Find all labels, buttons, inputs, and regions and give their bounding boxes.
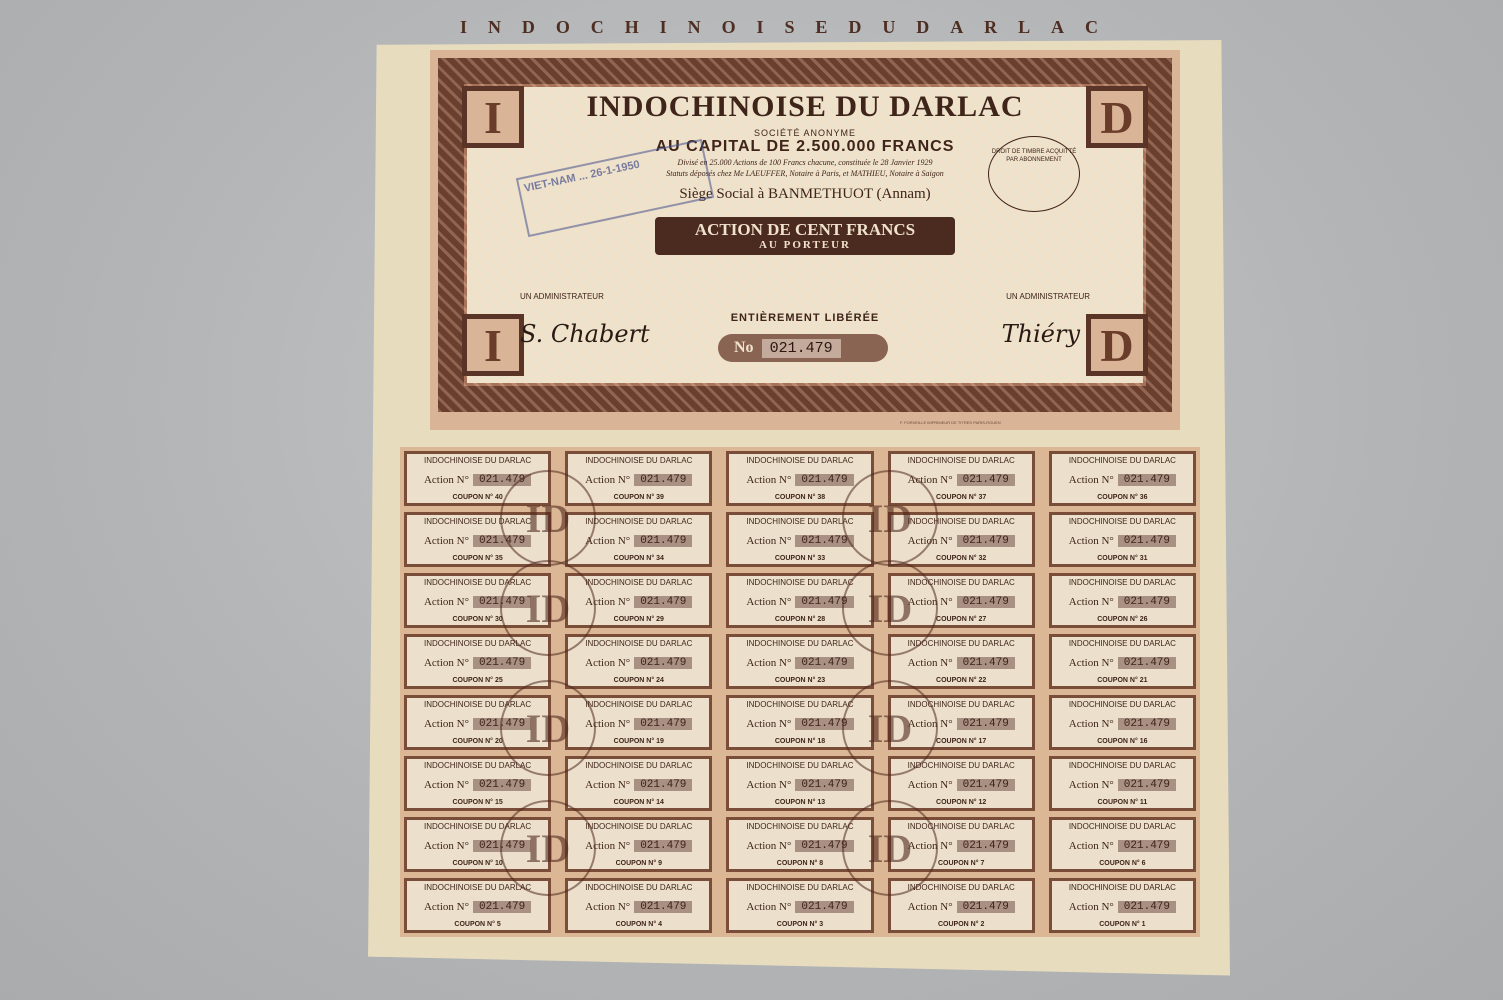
company-seal-icon: ID <box>500 680 596 776</box>
coupon-company: INDOCHINOISE DU DARLAC <box>733 761 866 770</box>
coupon-label: COUPON N° <box>936 494 977 501</box>
coupon-label: COUPON N° <box>1097 738 1138 745</box>
coupon-share-number: 021.479 <box>957 901 1015 913</box>
coupon-action-label: Action N° <box>746 840 791 852</box>
coupon-index: 33 <box>817 555 825 562</box>
admin-right-label: UN ADMINISTRATEUR <box>1006 292 1090 301</box>
coupon-action-row: Action N°021.479 <box>895 657 1028 669</box>
company-seal-icon: ID <box>842 680 938 776</box>
coupon-action-row: Action N°021.479 <box>733 474 866 486</box>
band-letter: L <box>1018 17 1032 38</box>
coupon-index: 31 <box>1140 555 1148 562</box>
coupon-label: COUPON N° <box>938 921 979 928</box>
coupon-share-number: 021.479 <box>634 779 692 791</box>
coupon-action-row: Action N°021.479 <box>895 779 1028 791</box>
coupon-index: 38 <box>817 494 825 501</box>
coupon-company: INDOCHINOISE DU DARLAC <box>572 883 705 892</box>
coupon-action-row: Action N°021.479 <box>572 657 705 669</box>
coupon-number: COUPON N° 23 <box>733 677 866 684</box>
coupon-share-number: 021.479 <box>1118 840 1176 852</box>
coupon-share-number: 021.479 <box>473 779 531 791</box>
coupon-share-number: 021.479 <box>795 901 853 913</box>
certificate-main: I D I D INDOCHINOISE DU DARLAC SOCIÉTÉ A… <box>430 50 1180 430</box>
coupon-label: COUPON N° <box>775 799 816 806</box>
coupon-number: COUPON N° 5 <box>411 921 544 928</box>
coupon-share-number: 021.479 <box>1118 596 1176 608</box>
coupon-action-row: Action N°021.479 <box>1056 840 1189 852</box>
coupon-company: INDOCHINOISE DU DARLAC <box>733 883 866 892</box>
coupon-label: COUPON N° <box>614 738 655 745</box>
coupon-label: COUPON N° <box>614 616 655 623</box>
coupon-action-label: Action N° <box>746 779 791 791</box>
coupon-action-row: Action N°021.479 <box>572 901 705 913</box>
coupon-label: COUPON N° <box>454 921 495 928</box>
coupon-index: 35 <box>495 555 503 562</box>
share-banner: ACTION DE CENT FRANCS AU PORTEUR <box>655 217 955 255</box>
company-name: INDOCHINOISE DU DARLAC <box>520 90 1090 124</box>
coupon-action-label: Action N° <box>585 779 630 791</box>
coupon-index: 39 <box>656 494 664 501</box>
coupon-action-label: Action N° <box>424 535 469 547</box>
coupon-label: COUPON N° <box>616 860 657 867</box>
coupon-index: 16 <box>1140 738 1148 745</box>
coupon-action-label: Action N° <box>424 840 469 852</box>
company-seal-icon: ID <box>500 800 596 896</box>
top-ornament-band: INDOCHINOISEDUDARLAC <box>460 12 1100 42</box>
coupon-company: INDOCHINOISE DU DARLAC <box>572 456 705 465</box>
coupon-share-number: 021.479 <box>957 474 1015 486</box>
coupon-share-number: 021.479 <box>957 596 1015 608</box>
band-letter: O <box>722 17 738 38</box>
coupon-share-number: 021.479 <box>473 657 531 669</box>
coupon: INDOCHINOISE DU DARLACAction N°021.479CO… <box>726 756 873 811</box>
band-letter: S <box>784 17 796 38</box>
coupon-index: 29 <box>656 616 664 623</box>
coupon-number: COUPON N° 14 <box>572 799 705 806</box>
coupon-action-row: Action N°021.479 <box>1056 718 1189 730</box>
coupon-action-label: Action N° <box>424 779 469 791</box>
coupon-share-number: 021.479 <box>634 596 692 608</box>
coupon-action-label: Action N° <box>1069 474 1114 486</box>
band-letter: N <box>688 17 703 38</box>
coupon-company: INDOCHINOISE DU DARLAC <box>572 700 705 709</box>
coupon-label: COUPON N° <box>936 799 977 806</box>
paid-status: ENTIÈREMENT LIBÉRÉE <box>430 312 1180 324</box>
coupon-company: INDOCHINOISE DU DARLAC <box>572 578 705 587</box>
coupon-action-label: Action N° <box>424 596 469 608</box>
coupon-number: COUPON N° 6 <box>1056 860 1189 867</box>
signature-left: S. Chabert <box>520 320 650 348</box>
coupon-index: 40 <box>495 494 503 501</box>
coupon-action-label: Action N° <box>746 718 791 730</box>
coupon-index: 24 <box>656 677 664 684</box>
coupon-number: COUPON N° 2 <box>895 921 1028 928</box>
coupon-company: INDOCHINOISE DU DARLAC <box>572 639 705 648</box>
coupon-share-number: 021.479 <box>957 840 1015 852</box>
coupon-label: COUPON N° <box>614 494 655 501</box>
coupon-action-label: Action N° <box>424 901 469 913</box>
coupon-label: COUPON N° <box>936 616 977 623</box>
coupon: INDOCHINOISE DU DARLACAction N°021.479CO… <box>1049 756 1196 811</box>
coupon-index: 13 <box>817 799 825 806</box>
coupon-label: COUPON N° <box>938 860 979 867</box>
band-letter: I <box>757 17 766 38</box>
coupon: INDOCHINOISE DU DARLACAction N°021.479CO… <box>1049 451 1196 506</box>
coupon-action-row: Action N°021.479 <box>733 779 866 791</box>
coupon-index: 22 <box>979 677 987 684</box>
coupon-label: COUPON N° <box>777 860 818 867</box>
coupon-label: COUPON N° <box>775 677 816 684</box>
coupon-action-row: Action N°021.479 <box>572 474 705 486</box>
coupon-action-row: Action N°021.479 <box>411 657 544 669</box>
coupon-company: INDOCHINOISE DU DARLAC <box>1056 578 1189 587</box>
coupon-share-number: 021.479 <box>795 474 853 486</box>
coupon-label: COUPON N° <box>452 677 493 684</box>
company-seal-icon: ID <box>842 560 938 656</box>
coupon: INDOCHINOISE DU DARLACAction N°021.479CO… <box>1049 634 1196 689</box>
coupon-action-label: Action N° <box>585 474 630 486</box>
coupon-share-number: 021.479 <box>795 779 853 791</box>
coupon-index: 17 <box>979 738 987 745</box>
coupon-label: COUPON N° <box>775 616 816 623</box>
coupon-action-label: Action N° <box>585 901 630 913</box>
coupon-action-label: Action N° <box>1069 718 1114 730</box>
band-letter: D <box>848 17 863 38</box>
coupon-share-number: 021.479 <box>634 535 692 547</box>
company-seal-icon: ID <box>500 560 596 656</box>
coupon-number: COUPON N° 33 <box>733 555 866 562</box>
coupon-action-label: Action N° <box>1069 901 1114 913</box>
coupon-action-label: Action N° <box>908 657 953 669</box>
coupon-label: COUPON N° <box>614 555 655 562</box>
coupon-label: COUPON N° <box>614 799 655 806</box>
printer-credit: F. FORVEILLE IMPRIMEUR DE TITRES PARIS-R… <box>900 420 1001 425</box>
coupon-action-label: Action N° <box>1069 840 1114 852</box>
company-seal-icon: ID <box>842 470 938 566</box>
coupon-number: COUPON N° 34 <box>572 555 705 562</box>
band-letter: H <box>625 17 641 38</box>
coupon-label: COUPON N° <box>775 738 816 745</box>
band-letter: C <box>591 17 606 38</box>
company-type: SOCIÉTÉ ANONYME <box>520 128 1090 138</box>
coupon-action-label: Action N° <box>585 657 630 669</box>
coupon-action-label: Action N° <box>1069 535 1114 547</box>
coupon: INDOCHINOISE DU DARLACAction N°021.479CO… <box>1049 573 1196 628</box>
band-letter: I <box>660 17 669 38</box>
coupon-number: COUPON N° 22 <box>895 677 1028 684</box>
coupon-action-row: Action N°021.479 <box>1056 535 1189 547</box>
band-letter: D <box>522 17 537 38</box>
coupon-index: 23 <box>817 677 825 684</box>
coupon: INDOCHINOISE DU DARLACAction N°021.479CO… <box>565 634 712 689</box>
coupon-index: 25 <box>495 677 503 684</box>
coupon-label: COUPON N° <box>1097 494 1138 501</box>
coupon-company: INDOCHINOISE DU DARLAC <box>733 639 866 648</box>
coupon-index: 12 <box>979 799 987 806</box>
corner-letter-i-top: I <box>462 86 524 148</box>
coupon-index: 15 <box>495 799 503 806</box>
coupon: INDOCHINOISE DU DARLACAction N°021.479CO… <box>1049 695 1196 750</box>
coupon-number: COUPON N° 4 <box>572 921 705 928</box>
coupon-number: COUPON N° 13 <box>733 799 866 806</box>
coupon-action-label: Action N° <box>424 474 469 486</box>
coupon-share-number: 021.479 <box>957 779 1015 791</box>
coupon-index: 3 <box>819 921 823 928</box>
coupon-company: INDOCHINOISE DU DARLAC <box>733 456 866 465</box>
band-letter: C <box>1085 17 1100 38</box>
coupon-share-number: 021.479 <box>1118 779 1176 791</box>
band-letter: U <box>882 17 897 38</box>
coupon-index: 19 <box>656 738 664 745</box>
band-letter: D <box>916 17 931 38</box>
band-letter: N <box>488 17 503 38</box>
coupon-action-label: Action N° <box>1069 779 1114 791</box>
coupon-index: 7 <box>980 860 984 867</box>
coupon-number: COUPON N° 31 <box>1056 555 1189 562</box>
coupon-label: COUPON N° <box>452 494 493 501</box>
coupon-number: COUPON N° 24 <box>572 677 705 684</box>
coupon-index: 9 <box>658 860 662 867</box>
coupon-company: INDOCHINOISE DU DARLAC <box>1056 456 1189 465</box>
coupon-share-number: 021.479 <box>473 901 531 913</box>
coupon-label: COUPON N° <box>452 555 493 562</box>
coupon-label: COUPON N° <box>616 921 657 928</box>
coupon-number: COUPON N° 12 <box>895 799 1028 806</box>
coupon: INDOCHINOISE DU DARLACAction N°021.479CO… <box>565 756 712 811</box>
coupon-action-label: Action N° <box>424 657 469 669</box>
coupon-index: 32 <box>979 555 987 562</box>
coupon-share-number: 021.479 <box>1118 535 1176 547</box>
coupon-action-label: Action N° <box>1069 596 1114 608</box>
coupon-share-number: 021.479 <box>634 718 692 730</box>
coupon-number: COUPON N° 36 <box>1056 494 1189 501</box>
coupon-share-number: 021.479 <box>1118 474 1176 486</box>
band-letter: A <box>1051 17 1066 38</box>
coupon-share-number: 021.479 <box>957 535 1015 547</box>
coupon: INDOCHINOISE DU DARLACAction N°021.479CO… <box>726 878 873 933</box>
coupon-label: COUPON N° <box>936 738 977 745</box>
corner-letter-d-top: D <box>1086 86 1148 148</box>
coupon-action-row: Action N°021.479 <box>411 779 544 791</box>
coupon-company: INDOCHINOISE DU DARLAC <box>411 456 544 465</box>
coupon-company: INDOCHINOISE DU DARLAC <box>1056 761 1189 770</box>
band-letter: R <box>984 17 999 38</box>
coupon-label: COUPON N° <box>1099 860 1140 867</box>
coupon-action-label: Action N° <box>908 901 953 913</box>
coupon-label: COUPON N° <box>452 738 493 745</box>
coupon: INDOCHINOISE DU DARLACAction N°021.479CO… <box>1049 878 1196 933</box>
share-number: 021.479 <box>762 339 841 358</box>
coupon-action-row: Action N°021.479 <box>411 901 544 913</box>
coupon: INDOCHINOISE DU DARLACAction N°021.479CO… <box>565 878 712 933</box>
admin-left-label: UN ADMINISTRATEUR <box>520 292 604 301</box>
number-label: No <box>734 339 754 357</box>
coupon-label: COUPON N° <box>936 677 977 684</box>
coupon-action-label: Action N° <box>746 474 791 486</box>
coupon-action-row: Action N°021.479 <box>1056 901 1189 913</box>
coupon: INDOCHINOISE DU DARLACAction N°021.479CO… <box>1049 512 1196 567</box>
coupon-company: INDOCHINOISE DU DARLAC <box>1056 883 1189 892</box>
coupon: INDOCHINOISE DU DARLACAction N°021.479CO… <box>726 634 873 689</box>
coupon-number: COUPON N° 1 <box>1056 921 1189 928</box>
coupon-label: COUPON N° <box>775 494 816 501</box>
coupon-company: INDOCHINOISE DU DARLAC <box>572 761 705 770</box>
coupon-action-row: Action N°021.479 <box>733 657 866 669</box>
coupon-index: 1 <box>1142 921 1146 928</box>
coupon-index: 18 <box>817 738 825 745</box>
coupon-company: INDOCHINOISE DU DARLAC <box>1056 700 1189 709</box>
coupon-action-label: Action N° <box>746 901 791 913</box>
coupon-index: 6 <box>1142 860 1146 867</box>
tax-stamp: DROIT DE TIMBRE ACQUITTÉ PAR ABONNEMENT <box>988 136 1080 212</box>
coupon-share-number: 021.479 <box>1118 718 1176 730</box>
coupon-share-number: 021.479 <box>957 657 1015 669</box>
coupon-index: 14 <box>656 799 664 806</box>
coupon-number: COUPON N° 16 <box>1056 738 1189 745</box>
coupon-share-number: 021.479 <box>634 657 692 669</box>
coupon-label: COUPON N° <box>452 799 493 806</box>
coupon-action-label: Action N° <box>908 779 953 791</box>
coupon-company: INDOCHINOISE DU DARLAC <box>1056 517 1189 526</box>
coupon-action-row: Action N°021.479 <box>1056 474 1189 486</box>
coupon-label: COUPON N° <box>777 921 818 928</box>
coupon-label: COUPON N° <box>1097 616 1138 623</box>
coupon-index: 34 <box>656 555 664 562</box>
company-seal-icon: ID <box>500 470 596 566</box>
coupon-share-number: 021.479 <box>634 840 692 852</box>
company-seal-icon: ID <box>842 800 938 896</box>
coupon-company: INDOCHINOISE DU DARLAC <box>895 456 1028 465</box>
coupon-index: 4 <box>658 921 662 928</box>
coupon-action-label: Action N° <box>1069 657 1114 669</box>
coupon-label: COUPON N° <box>452 616 493 623</box>
share-number-plate: No 021.479 <box>718 334 888 362</box>
band-letter: I <box>460 17 469 38</box>
coupon-index: 28 <box>817 616 825 623</box>
coupon-label: COUPON N° <box>1099 921 1140 928</box>
coupon-label: COUPON N° <box>452 860 493 867</box>
signature-right: Thiéry <box>1002 320 1080 348</box>
coupon-company: INDOCHINOISE DU DARLAC <box>1056 639 1189 648</box>
coupon-share-number: 021.479 <box>634 474 692 486</box>
coupon-label: COUPON N° <box>1097 677 1138 684</box>
coupon: INDOCHINOISE DU DARLACAction N°021.479CO… <box>1049 817 1196 872</box>
coupon-index: 11 <box>1140 799 1147 806</box>
coupon-label: COUPON N° <box>1097 555 1138 562</box>
coupon-share-number: 021.479 <box>957 718 1015 730</box>
coupon-action-label: Action N° <box>746 596 791 608</box>
coupon-action-label: Action N° <box>746 657 791 669</box>
coupon-index: 27 <box>979 616 987 623</box>
coupon-action-row: Action N°021.479 <box>733 901 866 913</box>
coupon-share-number: 021.479 <box>795 657 853 669</box>
coupon-label: COUPON N° <box>936 555 977 562</box>
coupon-share-number: 021.479 <box>634 901 692 913</box>
coupon-label: COUPON N° <box>1097 799 1138 806</box>
share-title: ACTION DE CENT FRANCS <box>695 220 915 239</box>
coupon-share-number: 021.479 <box>1118 657 1176 669</box>
coupon-label: COUPON N° <box>614 677 655 684</box>
share-subtitle: AU PORTEUR <box>655 240 955 251</box>
coupon-label: COUPON N° <box>775 555 816 562</box>
coupon-index: 8 <box>819 860 823 867</box>
coupon-number: COUPON N° 3 <box>733 921 866 928</box>
coupon-action-row: Action N°021.479 <box>1056 779 1189 791</box>
coupon-number: COUPON N° 26 <box>1056 616 1189 623</box>
coupon-share-number: 021.479 <box>1118 901 1176 913</box>
coupon-action-label: Action N° <box>746 535 791 547</box>
coupon-action-label: Action N° <box>424 718 469 730</box>
coupon-number: COUPON N° 11 <box>1056 799 1189 806</box>
coupon-action-row: Action N°021.479 <box>572 779 705 791</box>
coupon-index: 26 <box>1140 616 1148 623</box>
coupon-number: COUPON N° 25 <box>411 677 544 684</box>
band-letter: E <box>815 17 829 38</box>
coupon-action-row: Action N°021.479 <box>1056 657 1189 669</box>
coupon-company: INDOCHINOISE DU DARLAC <box>1056 822 1189 831</box>
coupon-number: COUPON N° 21 <box>1056 677 1189 684</box>
coupon-index: 5 <box>497 921 501 928</box>
coupon-index: 36 <box>1140 494 1148 501</box>
coupon-index: 37 <box>979 494 987 501</box>
coupon-action-row: Action N°021.479 <box>1056 596 1189 608</box>
administrators: UN ADMINISTRATEUR UN ADMINISTRATEUR <box>520 292 1090 301</box>
band-letter: A <box>950 17 965 38</box>
coupon-index: 2 <box>980 921 984 928</box>
coupon-index: 21 <box>1140 677 1148 684</box>
coupon-action-row: Action N°021.479 <box>895 901 1028 913</box>
band-letter: O <box>556 17 572 38</box>
